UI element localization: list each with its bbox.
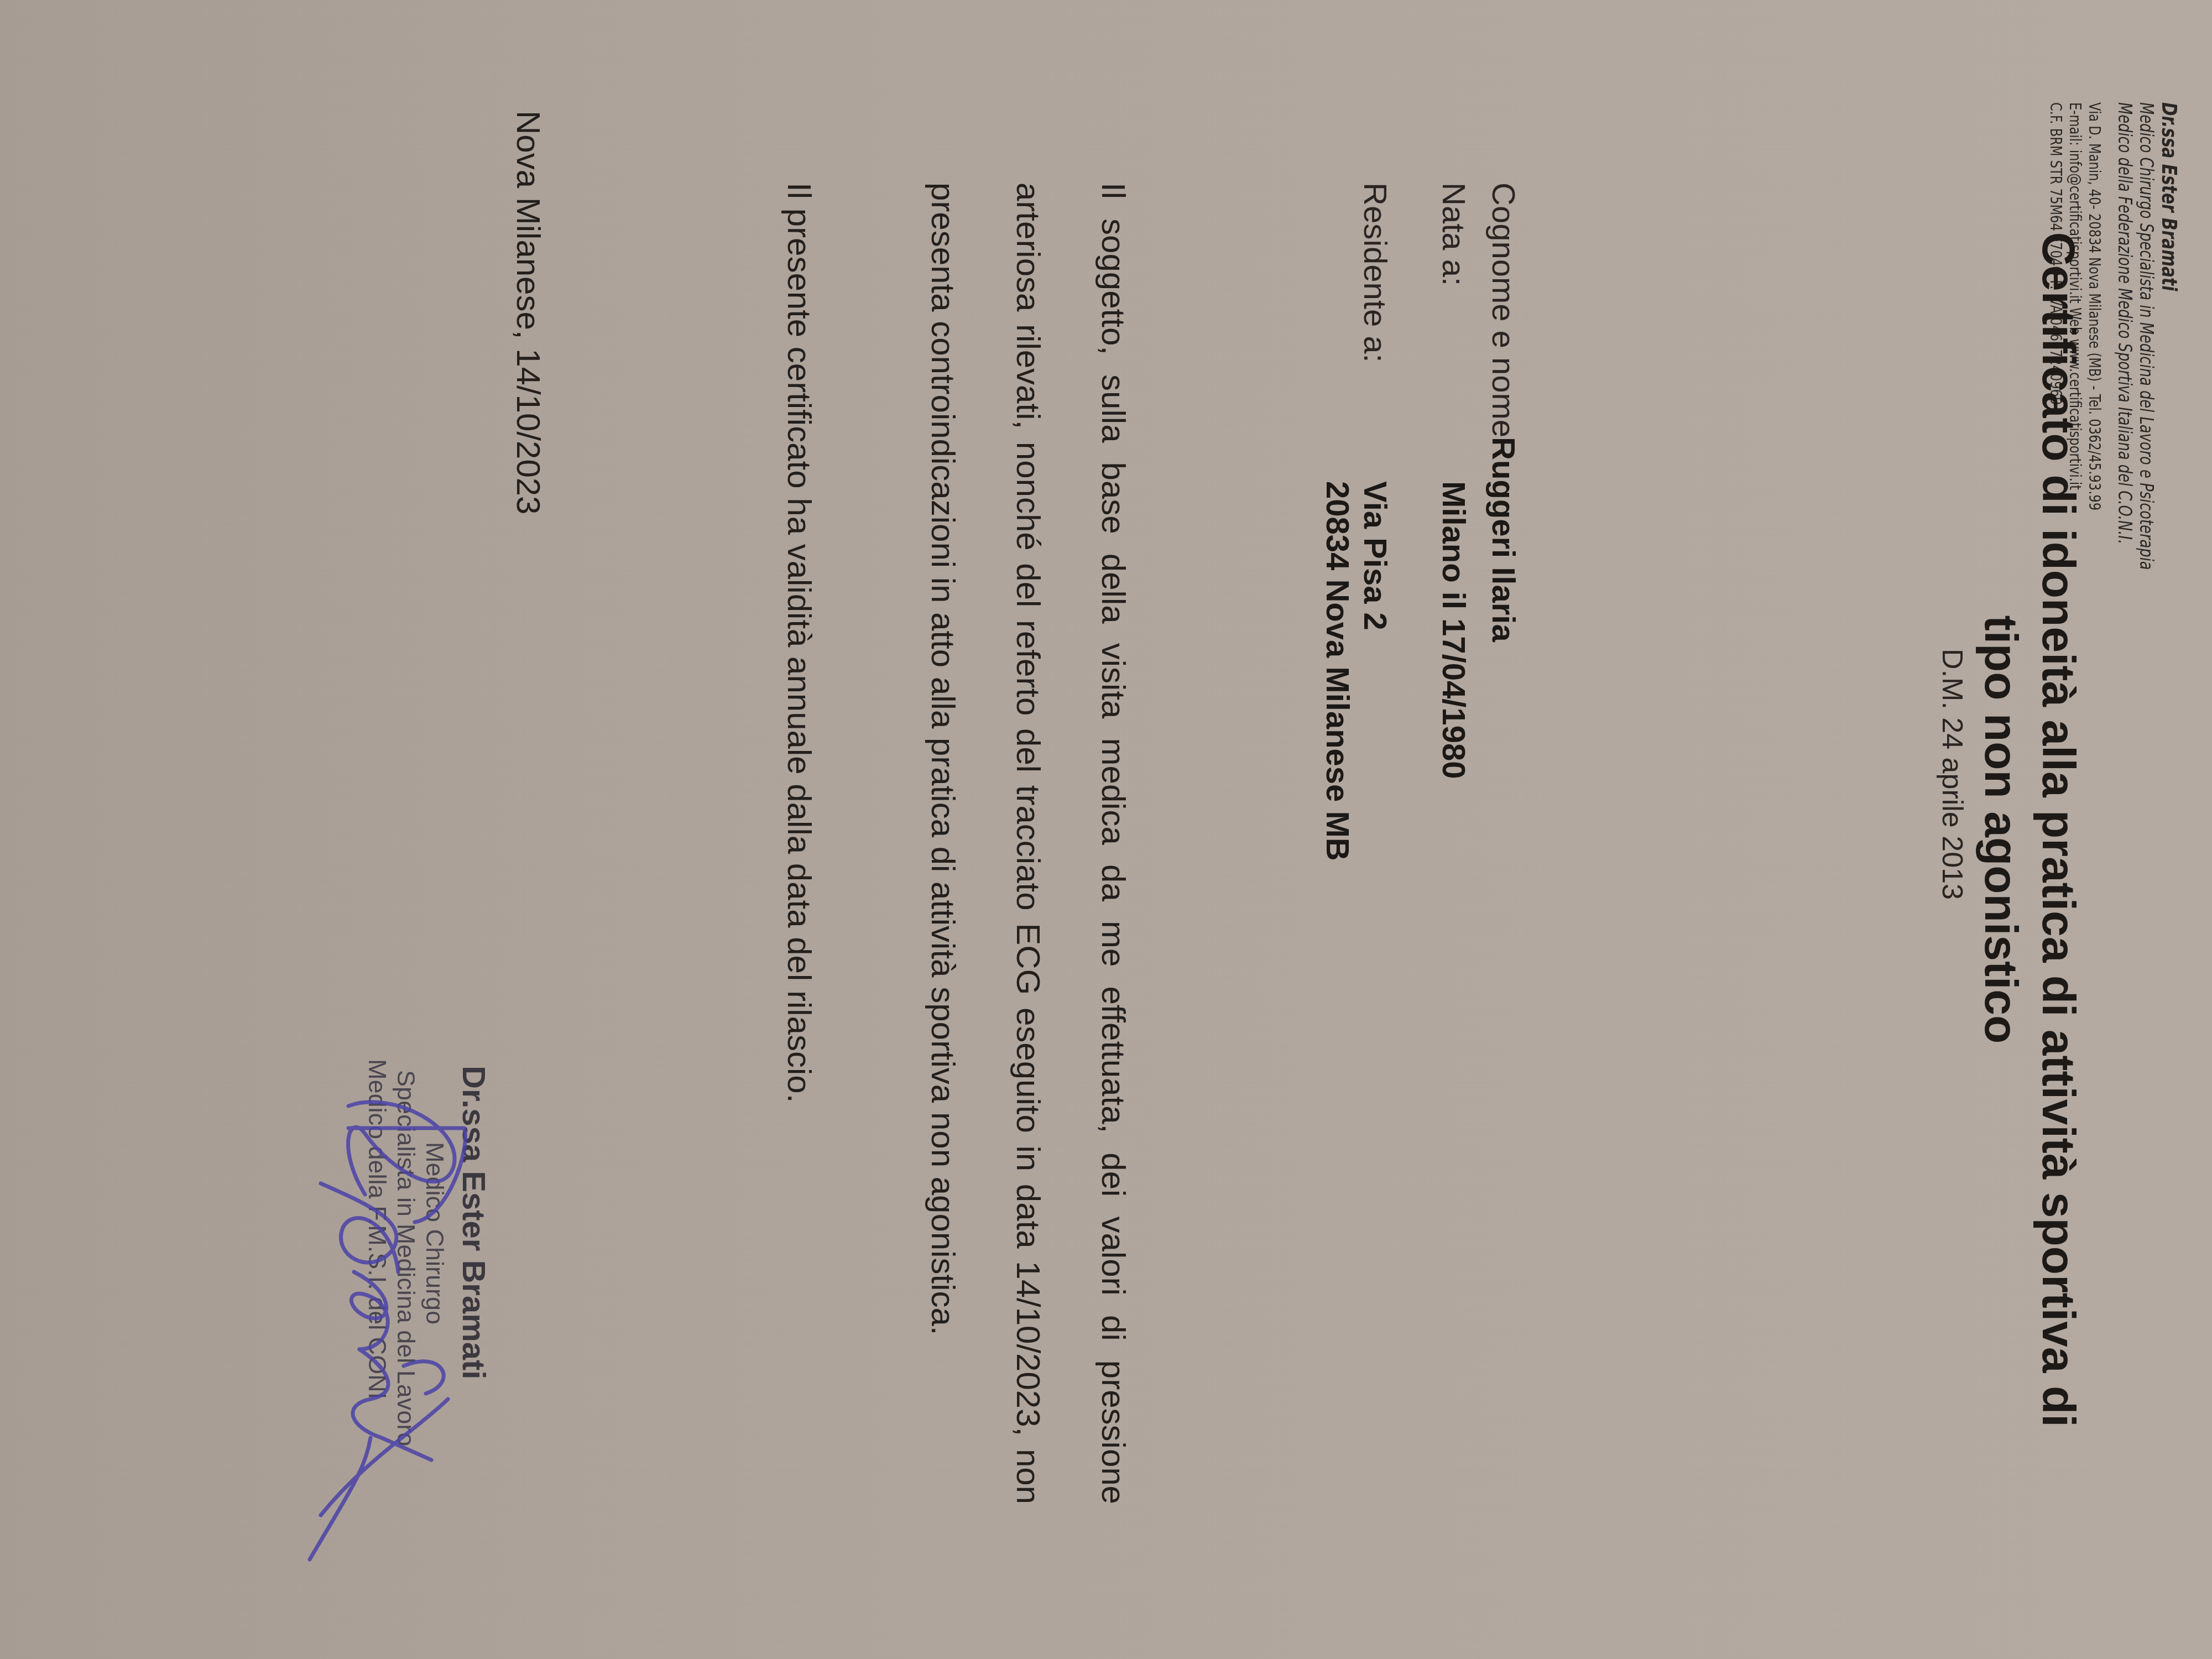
certificate-title-line-1: Certificato di idoneità alla pratica di … [2030,166,2088,1493]
decree-reference: D.M. 24 aprile 2013 [1936,387,1969,1161]
patient-residence-label: Residente a: [1357,182,1394,363]
letterhead-address: Via D. Manin, 40- 20834 Nova Milanese (M… [2085,102,2104,570]
patient-residence-street: Via Pisa 2 [1357,481,1394,630]
handwritten-signature [299,1040,531,1593]
patient-residence-row: Residente a: Via Pisa 2 20834 Nova Milan… [1357,182,1394,363]
medical-statement: Il soggetto, sulla base della visita med… [900,182,1156,1504]
patient-residence-city: 20834 Nova Milanese MB [1319,481,1356,861]
patient-birth-label: Nata a: [1435,182,1472,286]
patient-name-label: Cognome e nome: [1485,182,1522,446]
patient-name-value: Ruggeri Ilaria [1485,437,1522,642]
letterhead-role-line: Medico Chirurgo Specialista in Medicina … [2136,102,2157,570]
patient-birth-value: Milano il 17/04/1980 [1435,481,1472,779]
place-and-date: Nova Milanese, 14/10/2023 [509,111,547,515]
certificate-title-line-2: tipo non agonistico [1973,166,2030,1493]
letterhead-doctor-name: Dr.ssa Ester Bramati [2157,102,2182,570]
letterhead-federation-line: Medico della Federazione Medico Sportiva… [2114,102,2136,570]
validity-statement: Il presente certificato ha validità annu… [780,182,818,1103]
certificate-title: Certificato di idoneità alla pratica di … [1973,166,2088,1493]
patient-name-row: Cognome e nome: Ruggeri Ilaria [1485,182,1522,446]
certificate-page: Dr.ssa Ester Bramati Medico Chirurgo Spe… [0,0,2212,1659]
patient-birth-row: Nata a: Milano il 17/04/1980 [1435,182,1472,286]
